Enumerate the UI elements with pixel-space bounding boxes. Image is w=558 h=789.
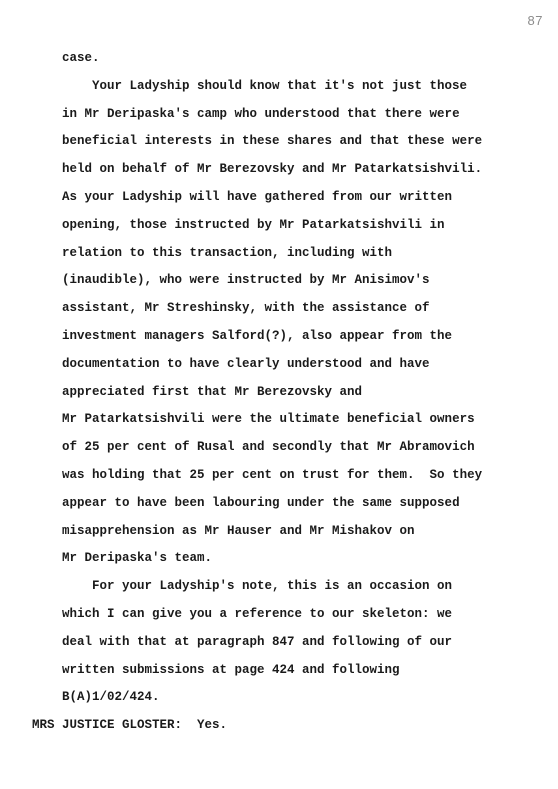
transcript-line: which I can give you a reference to our …	[0, 601, 558, 629]
transcript-line: B(A)1/02/424.	[0, 684, 558, 712]
page-number: 87	[528, 13, 543, 28]
transcript-line: As your Ladyship will have gathered from…	[0, 184, 558, 212]
transcript-line: documentation to have clearly understood…	[0, 351, 558, 379]
transcript-line: Mr Deripaska's team.	[0, 545, 558, 573]
transcript-line: misapprehension as Mr Hauser and Mr Mish…	[0, 518, 558, 546]
transcript-line: Your Ladyship should know that it's not …	[0, 73, 558, 101]
transcript-line: appear to have been labouring under the …	[0, 490, 558, 518]
transcript-line: written submissions at page 424 and foll…	[0, 657, 558, 685]
transcript-page: 87 case.Your Ladyship should know that i…	[0, 0, 558, 789]
transcript-line: Mr Patarkatsishvili were the ultimate be…	[0, 406, 558, 434]
transcript-text-block: case.Your Ladyship should know that it's…	[0, 45, 558, 740]
transcript-line: assistant, Mr Streshinsky, with the assi…	[0, 295, 558, 323]
transcript-line: investment managers Salford(?), also app…	[0, 323, 558, 351]
transcript-line: beneficial interests in these shares and…	[0, 128, 558, 156]
transcript-line: held on behalf of Mr Berezovsky and Mr P…	[0, 156, 558, 184]
transcript-line: relation to this transaction, including …	[0, 240, 558, 268]
transcript-line: (inaudible), who were instructed by Mr A…	[0, 267, 558, 295]
transcript-line: opening, those instructed by Mr Patarkat…	[0, 212, 558, 240]
transcript-line: appreciated first that Mr Berezovsky and	[0, 379, 558, 407]
transcript-line: For your Ladyship's note, this is an occ…	[0, 573, 558, 601]
transcript-line: case.	[0, 45, 558, 73]
transcript-line: in Mr Deripaska's camp who understood th…	[0, 101, 558, 129]
transcript-line: of 25 per cent of Rusal and secondly tha…	[0, 434, 558, 462]
transcript-line: was holding that 25 per cent on trust fo…	[0, 462, 558, 490]
transcript-line: deal with that at paragraph 847 and foll…	[0, 629, 558, 657]
transcript-line: MRS JUSTICE GLOSTER: Yes.	[0, 712, 558, 740]
